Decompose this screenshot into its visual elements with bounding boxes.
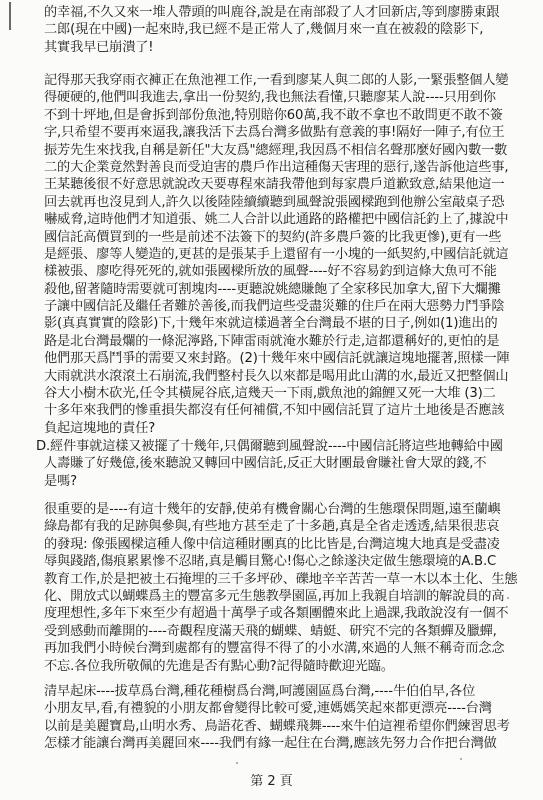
scan-speck (470, 95, 472, 97)
text-line: 的發現: 像張國樑這種人像中信這種財團真的比比皆是,台灣這塊大地真是受盡凌 (44, 536, 536, 553)
paragraph-section-d: D.經件事就這樣又被擺了十幾年,只偶爾聽到風聲說----中國信託將這些地轉給中國… (36, 438, 528, 490)
text-line: 綠島都有我的足跡與參與,有些地方甚至走了十多趟,真是全省走透透,結果很悲哀 (44, 518, 536, 535)
text-line: 再加我們小時候台灣到處都有的豐富得不得了的小水溝,來過的人無不稱奇而念念 (44, 640, 536, 657)
scan-speck (507, 597, 509, 599)
text-line: 以前是美麗寶島,山明水秀、鳥語花香、蝴蝶飛舞----來牛伯這裡希望你們練習思考 (44, 718, 536, 735)
text-line: 不忘.各位我所敬佩的先進是否有點心動?記得隨時歡迎光臨。 (44, 658, 536, 675)
text-line: D.經件事就這樣又被擺了十幾年,只偶爾聽到風聲說----中國信託將這些地轉給中國 (36, 438, 528, 455)
text-line: 他們那天爲鬥爭的需要又來封路。(2)十幾年來中國信託就讓這塊地擺著,照樣一陣 (44, 350, 536, 367)
page-number: 第 2 頁 (0, 770, 543, 789)
paragraph-morning-routine: 清早起床----拔草爲台灣,種花種樹爲台灣,呵護園區爲台灣,----牛伯伯早,各… (44, 683, 536, 753)
text-line: 很重要的是----有這十幾年的安靜,使弟有機會關心台灣的生態環保問題,遠至蘭嶼 (44, 501, 536, 518)
text-line: 樣被張、廖吃得死死的,就如張國樑所放的風聲----好不容易釣到這條大魚可不能 (44, 263, 536, 280)
paragraph-contract-story: 記得那天我穿雨衣褲正在魚池裡工作,一看到廖某人與二郎的人影,一緊張整個人變 得硬… (44, 72, 536, 437)
text-line: 其實我早已崩潰了! (44, 39, 536, 56)
text-line: 受到感動而離開的----奇觀程度滿天飛的蝴蝶、蜻蜓、研究不完的各類蟬及臘蟬, (44, 623, 536, 640)
text-line: 子讓中國信託及繼任者難於善後,而我們這些受盡災難的住戶在兩大惡勢力鬥爭陰 (44, 298, 536, 315)
scanned-document-page: 的幸福,不久又來一堆人帶頭的叫鹿谷,說是在南部殺了人才回新店,等到廖勝東跟 二郎… (0, 0, 543, 800)
scan-speck (236, 762, 238, 764)
text-line: 回去就再也沒見到人,許久以後陸陸續續聽到風聲說張國樑跑到他辦公室敲桌子恐 (44, 194, 536, 211)
text-line: 的幸福,不久又來一堆人帶頭的叫鹿谷,說是在南部殺了人才回新店,等到廖勝東跟 (44, 4, 536, 21)
text-line: 國信託高價買到的一些是前述不法簽下的契約(許多農戶簽的比我更慘),更有一些 (44, 229, 536, 246)
paragraph-continuation: 的幸福,不久又來一堆人帶頭的叫鹿谷,說是在南部殺了人才回新店,等到廖勝東跟 二郎… (44, 4, 536, 56)
text-line: 是經張、廖等人變造的,更甚的是張某手上還留有一小塊的一紙契約,中國信託就這 (44, 246, 536, 263)
text-line: 清早起床----拔草爲台灣,種花種樹爲台灣,呵護園區爲台灣,----牛伯伯早,各… (44, 683, 536, 700)
scan-speck (300, 462, 302, 464)
text-line: 影(真真實實的陰影)下,十幾年來就這樣過著全台灣最不堪的日子,例如(1)進出的 (44, 315, 536, 332)
text-line: 字,只希望不要再來逼我,讓我活下去爲台灣多做點有意義的事!隔好一陣子,有位王 (44, 124, 536, 141)
text-line: 辱與踐踏,傷痕累累慘不忍睹,真是觸目驚心!傷心之餘遂決定做生態環境的A.B.C (44, 553, 536, 570)
text-line: 十多年來我們的慘重損失都沒有任何補償,不知中國信託買了這片土地後是否應該 (44, 402, 536, 419)
paragraph-ecology-education: 很重要的是----有這十幾年的安靜,使弟有機會關心台灣的生態環保問題,遠至蘭嶼 … (44, 501, 536, 675)
text-line: 不到十坪地,但是會拆到部份魚池,特別賠你60萬,我不敢不拿也不敢問更不敢不簽 (44, 107, 536, 124)
scan-speck (460, 758, 462, 760)
text-line: 負起這塊地的責任? (44, 420, 536, 437)
text-line: 大雨就洪水滾滾土石崩流,我們整村長久以來都是喝用此山溝的水,最近又把整個山 (44, 368, 536, 385)
text-line: 二郎(現在中國)一起來時,我已經不是正常人了,幾個月來一直在被殺的陰影下, (44, 21, 536, 38)
text-line: 路是北台灣最爛的一條泥濘路,下陣雷雨就淹水難於行走,這都還稱好的,更怕的是 (44, 333, 536, 350)
text-line: 怎樣才能讓台灣再美麗回來----我們有緣一起住在台灣,應該先努力合作把台灣做 (44, 735, 536, 752)
text-line: 二的大企業竟然對善良而受迫害的農戶作出這種傷天害理的惡行,遂告訴他這些事, (44, 159, 536, 176)
text-line: 得硬硬的,他們叫我進去,拿出一份契約,我也無法看懂,只聽廖某人說----只用到你 (44, 89, 536, 106)
margin-mark (9, 2, 11, 30)
text-line: 記得那天我穿雨衣褲正在魚池裡工作,一看到廖某人與二郎的人影,一緊張整個人變 (44, 72, 536, 89)
text-line: 王某聽後很不好意思就說改天要專程來請我帶他到每家農戶道歉致意,結果他這一 (44, 176, 536, 193)
text-line: 教育工作,於是把被土石掩埋的三千多坪砂、礫地辛辛苦苦一草一木以本土化、生態 (44, 571, 536, 588)
text-line: 嚇威脅,這時他們才知道張、姚二人合計以此通路的路權把中國信託釣上了,據說中 (44, 211, 536, 228)
text-line: 小朋友早,看,有禮貌的小朋友都會變得比較可愛,連媽媽笑起來都更漂亮----台灣 (44, 700, 536, 717)
text-line: 殺他,留著隨時需要就可割塊肉----更聽說姚總賺飽了全家移民加拿大,留下大爛攤 (44, 281, 536, 298)
text-line: 人壽賺了好幾億,後來聽說又轉回中國信託,反正大財團最會賺社會大眾的錢,不 (36, 455, 528, 472)
text-line: 振芳先生來找我,自稱是新任"大友爲"總經理,我因爲不相信名聲那麼好國內數一數 (44, 142, 536, 159)
text-line: 度理想性,多年下來至少有超過十萬學子或各類團體來此上過課,我敢說沒有一個不 (44, 605, 536, 622)
text-line: 谷大小樹木砍光,任令其橫屍谷底,這幾天一下雨,戲魚池的錦鯉又死一大堆 (3)二 (44, 385, 536, 402)
text-line: 化、開放式以蝴蝶爲主的豐富多元生態教學園區,再加上我親自培訓的解說員的高 (44, 588, 536, 605)
text-line: 是嗎? (36, 473, 528, 490)
